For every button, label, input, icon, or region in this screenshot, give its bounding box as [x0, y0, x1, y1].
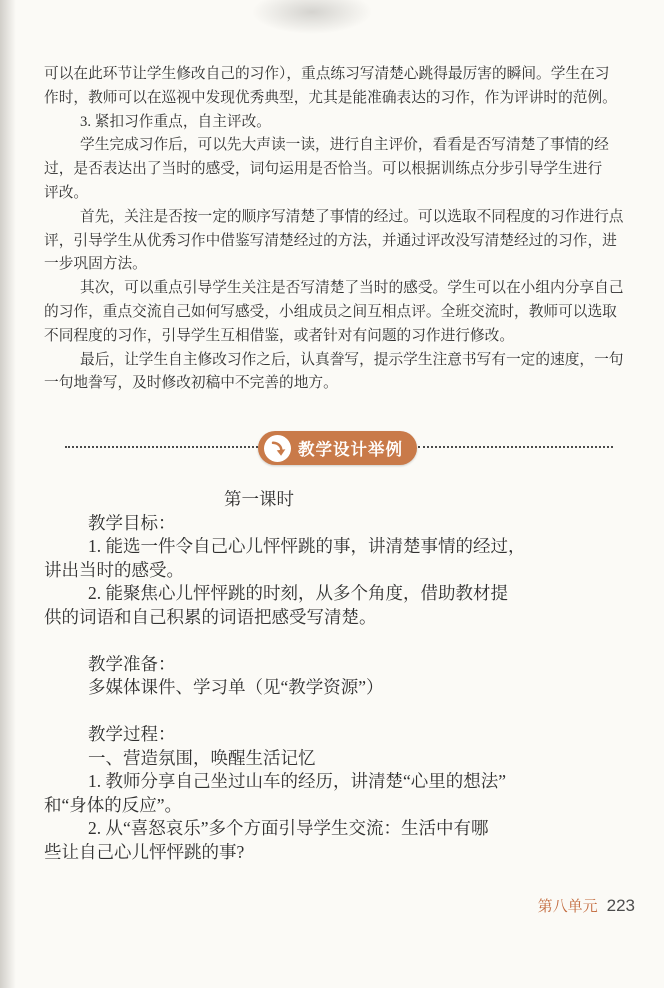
lesson-plan-section: 第一课时 教学目标： 1. 能选一件令自己心儿怦怦跳的事，讲清楚事情的经过， 讲… [44, 488, 526, 864]
text-line: 其次，可以重点引导学生关注是否写清楚了当时的感受。学生可以在小组内分享自己 [44, 277, 623, 301]
page-number: 223 [607, 896, 635, 916]
dotted-rule-left [65, 446, 258, 448]
text-line: 教学目标： [44, 512, 526, 536]
text-line: 最后，让学生自主修改习作之后，认真誊写，提示学生注意书写有一定的速度，一句 [44, 349, 623, 373]
text-line: 3. 紧扣习作重点，自主评改。 [44, 111, 623, 135]
text-line: 多媒体课件、学习单（见“教学资源”） [44, 676, 526, 700]
text-line: 过，是否表达出了当时的感受，词句运用是否恰当。可以根据训练点分步引导学生进行 [44, 158, 623, 182]
text-line: 2. 能聚焦心儿怦怦跳的时刻，从多个角度，借助教材提 [44, 582, 526, 606]
text-line: 的习作，重点交流自己如何写感受，小组成员之间互相点评。全班交流时，教师可以选取 [44, 301, 623, 325]
text-line: 教学准备： [44, 653, 526, 677]
badge-label: 教学设计举例 [298, 436, 403, 460]
book-spine-shadow [0, 0, 16, 988]
footer-inner: 第八单元 223 [538, 895, 635, 916]
page-footer: 第八单元 223 [0, 895, 664, 919]
text-line: 和“身体的反应”。 [44, 794, 526, 818]
text-line: 讲出当时的感受。 [44, 559, 526, 583]
teaching-design-example-badge: 教学设计举例 [258, 431, 417, 465]
text-line: 一句地誊写，及时修改初稿中不完善的地方。 [44, 372, 623, 396]
unit-label: 第八单元 [538, 895, 598, 916]
text-line: 供的词语和自己积累的词语把感受写清楚。 [44, 606, 526, 630]
book-page: 可以在此环节让学生修改自己的习作），重点练习写清楚心跳得最厉害的瞬间。学生在习 … [0, 0, 664, 988]
text-line: 教学过程： [44, 723, 526, 747]
curved-down-arrow-icon [264, 435, 291, 462]
text-line: 些让自己心儿怦怦跳的事? [44, 841, 526, 865]
text-line: 1. 教师分享自己坐过山车的经历，讲清楚“心里的想法” [44, 770, 526, 794]
text-line: 一、营造氛围，唤醒生活记忆 [44, 747, 526, 771]
lesson-title: 第一课时 [224, 488, 526, 512]
dotted-rule-right [418, 446, 613, 448]
text-line: 评改。 [44, 182, 623, 206]
section-divider: 教学设计举例 [0, 431, 664, 467]
text-line: 评，引导学生从优秀习作中借鉴写清楚经过的方法，并通过评改没写清楚经过的习作，进 [44, 230, 623, 254]
scan-smudge [252, 0, 372, 34]
text-line: 1. 能选一件令自己心儿怦怦跳的事，讲清楚事情的经过， [44, 535, 526, 559]
text-line: 不同程度的习作，引导学生互相借鉴，或者针对有问题的习作进行修改。 [44, 325, 623, 349]
text-line: 学生完成习作后，可以先大声读一读，进行自主评价，看看是否写清楚了事情的经 [44, 134, 623, 158]
text-line: 首先，关注是否按一定的顺序写清楚了事情的经过。可以选取不同程度的习作进行点 [44, 206, 623, 230]
text-line: 可以在此环节让学生修改自己的习作），重点练习写清楚心跳得最厉害的瞬间。学生在习 [44, 63, 623, 87]
text-line: 2. 从“喜怒哀乐”多个方面引导学生交流：生活中有哪 [44, 817, 526, 841]
guidance-text-section: 可以在此环节让学生修改自己的习作），重点练习写清楚心跳得最厉害的瞬间。学生在习 … [44, 63, 623, 396]
text-line: 作时，教师可以在巡视中发现优秀典型，尤其是能准确表达的习作，作为评讲时的范例。 [44, 87, 623, 111]
text-line: 一步巩固方法。 [44, 253, 623, 277]
